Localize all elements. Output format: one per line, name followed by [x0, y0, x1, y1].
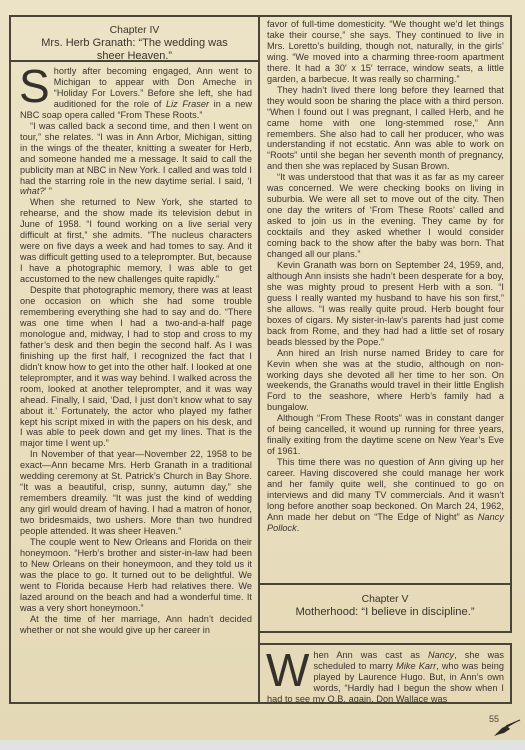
right-column-text: favor of full-time domesticity. “We thou…	[267, 19, 504, 534]
right-column-paragraph: “It was understood that that was it as f…	[267, 172, 504, 260]
left-column-box: Shortly after becoming engaged, Ann went…	[9, 60, 260, 704]
chapter-4-label: Chapter IV	[11, 24, 258, 37]
chapter-5-text-box: When Ann was cast as Nancy, she was sche…	[258, 643, 512, 704]
right-column-paragraph: Although “From These Roots” was in const…	[267, 413, 504, 457]
right-column-paragraph: This time there was no question of Ann g…	[267, 457, 504, 534]
left-column-paragraph: At the time of her marriage, Ann hadn’t …	[20, 614, 252, 636]
magazine-page: Chapter IV Mrs. Herb Granath: “The weddi…	[0, 0, 525, 750]
left-column-text: Shortly after becoming engaged, Ann went…	[20, 66, 252, 636]
left-column-paragraph: When she returned to New York, she start…	[20, 197, 252, 285]
scan-edge	[0, 740, 525, 750]
left-column-paragraph: In November of that year—November 22, 19…	[20, 449, 252, 537]
right-column-paragraph: favor of full-time domesticity. “We thou…	[267, 19, 504, 85]
left-column-paragraph: The couple went to New Orleans and Flori…	[20, 537, 252, 614]
chapter-4-title-line1: Mrs. Herb Granath: “The wedding was	[11, 37, 258, 50]
right-column-box: favor of full-time domesticity. “We thou…	[258, 15, 512, 585]
left-column-paragraph: Shortly after becoming engaged, Ann went…	[20, 66, 252, 121]
chapter-5-paragraph: When Ann was cast as Nancy, she was sche…	[267, 650, 504, 705]
drop-cap: W	[266, 651, 309, 689]
left-column-paragraph: Despite that photographic memory, there …	[20, 285, 252, 449]
right-column-paragraph: Ann hired an Irish nurse named Bridey to…	[267, 348, 504, 414]
chapter-5-heading-box: Chapter V Motherhood: “I believe in disc…	[258, 583, 512, 633]
chapter-5-label: Chapter V	[260, 593, 510, 606]
right-column-paragraph: Kevin Granath was born on September 24, …	[267, 260, 504, 348]
left-column-paragraph: “I was called back a second time, and th…	[20, 121, 252, 198]
drop-cap: S	[19, 67, 50, 105]
chapter-5-text: When Ann was cast as Nancy, she was sche…	[267, 650, 504, 705]
right-column-paragraph: They hadn’t lived there long before they…	[267, 85, 504, 173]
chapter-4-heading-box: Chapter IV Mrs. Herb Granath: “The weddi…	[9, 15, 260, 62]
pointing-hand-icon	[492, 716, 522, 738]
chapter-5-title: Motherhood: “I believe in discipline.”	[260, 606, 510, 619]
